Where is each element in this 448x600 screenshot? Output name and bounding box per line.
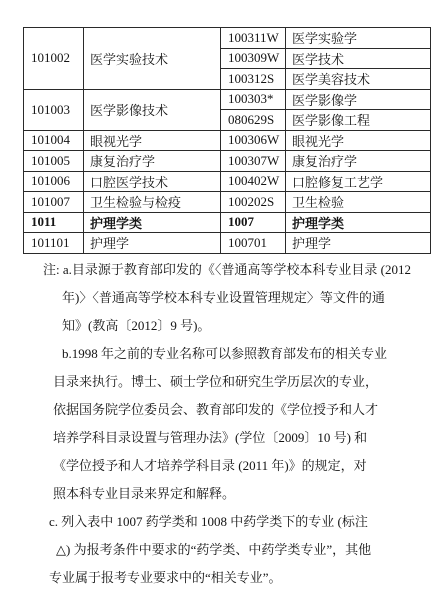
major-code-cell: 100202S: [221, 192, 286, 213]
table-row: 101002 医学实验技术 100311W 医学实验学: [24, 28, 431, 49]
footnotes-section: 注: a.目录源于教育部印发的《〈普通高等学校本科专业目录 (2012 年)〉〈…: [0, 256, 448, 592]
table-row: 101005 康复治疗学 100307W 康复治疗学: [24, 151, 431, 172]
major-code-cell: 100306W: [221, 130, 286, 151]
category-code-cell: 101007: [24, 192, 84, 213]
majors-table: 101002 医学实验技术 100311W 医学实验学 100309W 医学技术…: [23, 27, 431, 254]
category-code-cell: 1011: [24, 212, 84, 233]
category-code-cell: 101006: [24, 171, 84, 192]
major-code-cell: 1007: [221, 212, 286, 233]
major-name-cell: 医学实验学: [286, 28, 431, 49]
major-name-cell: 医学技术: [286, 48, 431, 69]
major-name-cell: 卫生检验: [286, 192, 431, 213]
category-name-cell: 医学实验技术: [84, 28, 221, 90]
table-row: 101101 护理学 100701 护理学: [24, 233, 431, 254]
major-name-cell: 医学影像学: [286, 89, 431, 110]
note-line: 专业属于报考专业要求中的“相关专业”。: [0, 564, 448, 592]
major-name-cell: 康复治疗学: [286, 151, 431, 172]
category-name-cell: 口腔医学技术: [84, 171, 221, 192]
note-line: b.1998 年之前的专业名称可以参照教育部发布的相关专业: [0, 340, 448, 368]
major-name-cell: 护理学: [286, 233, 431, 254]
table-row: 101004 眼视光学 100306W 眼视光学: [24, 130, 431, 151]
major-code-cell: 100307W: [221, 151, 286, 172]
note-line: △) 为报考条件中要求的“药学类、中药学类专业”，其他: [0, 536, 448, 564]
category-code-cell: 101005: [24, 151, 84, 172]
category-code-cell: 101002: [24, 28, 84, 90]
major-name-cell: 眼视光学: [286, 130, 431, 151]
note-line: 知》(教高〔2012〕9 号)。: [0, 312, 448, 340]
major-code-cell: 080629S: [221, 110, 286, 131]
major-code-cell: 100303*: [221, 89, 286, 110]
major-code-cell: 100312S: [221, 69, 286, 90]
note-line: c. 列入表中 1007 药学类和 1008 中药学类下的专业 (标注: [0, 508, 448, 536]
major-code-cell: 100402W: [221, 171, 286, 192]
category-code-cell: 101101: [24, 233, 84, 254]
category-name-cell: 护理学类: [84, 212, 221, 233]
major-code-cell: 100311W: [221, 28, 286, 49]
category-code-cell: 101004: [24, 130, 84, 151]
major-name-cell: 医学影像工程: [286, 110, 431, 131]
major-name-cell: 口腔修复工艺学: [286, 171, 431, 192]
category-name-cell: 护理学: [84, 233, 221, 254]
category-name-cell: 医学影像技术: [84, 89, 221, 130]
table-row-category-header: 1011 护理学类 1007 护理学类: [24, 212, 431, 233]
major-code-cell: 100309W: [221, 48, 286, 69]
note-line: 培养学科目录设置与管理办法》(学位〔2009〕10 号) 和: [0, 424, 448, 452]
major-name-cell: 医学美容技术: [286, 69, 431, 90]
note-line: 目录来执行。博士、硕士学位和研究生学历层次的专业，: [0, 368, 448, 396]
table-row: 101007 卫生检验与检疫 100202S 卫生检验: [24, 192, 431, 213]
category-name-cell: 卫生检验与检疫: [84, 192, 221, 213]
category-name-cell: 眼视光学: [84, 130, 221, 151]
note-line: 依据国务院学位委员会、教育部印发的《学位授予和人才: [0, 396, 448, 424]
major-code-cell: 100701: [221, 233, 286, 254]
note-line: 《学位授予和人才培养学科目录 (2011 年)》的规定，对: [0, 452, 448, 480]
note-line: 照本科专业目录来界定和解释。: [0, 480, 448, 508]
note-line: 注: a.目录源于教育部印发的《〈普通高等学校本科专业目录 (2012: [0, 256, 448, 284]
table-row: 101003 医学影像技术 100303* 医学影像学: [24, 89, 431, 110]
table-row: 101006 口腔医学技术 100402W 口腔修复工艺学: [24, 171, 431, 192]
category-code-cell: 101003: [24, 89, 84, 130]
major-name-cell: 护理学类: [286, 212, 431, 233]
note-line: 年)〉〈普通高等学校本科专业设置管理规定〉等文件的通: [0, 284, 448, 312]
category-name-cell: 康复治疗学: [84, 151, 221, 172]
